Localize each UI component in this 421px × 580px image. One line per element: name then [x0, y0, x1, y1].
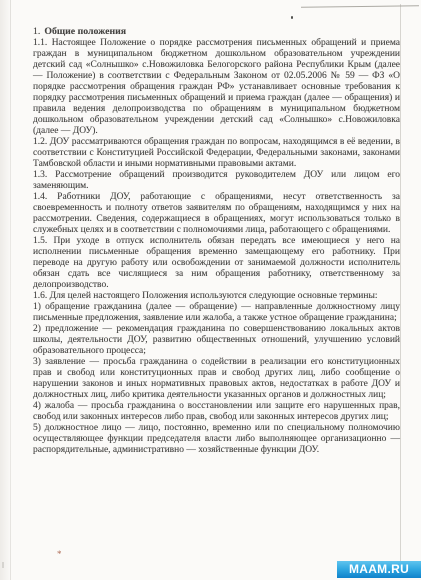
scan-page-edge [400, 4, 401, 566]
paragraph: 4) жалоба — просьба гражданина о восстан… [33, 401, 400, 423]
paragraph: 1.5. При уходе в отпуск исполнитель обяз… [33, 236, 400, 291]
paragraph: 1.6. Для целей настоящего Положения испо… [33, 291, 400, 302]
document-paragraphs: 1.1. Настоящее Положение о порядке рассм… [33, 38, 400, 456]
scanned-document-page: 1.Общие положения 1.1. Настоящее Положен… [0, 0, 421, 580]
paragraph: 2) предложение — рекомендация гражданина… [33, 324, 400, 357]
document-text-block: 1.Общие положения 1.1. Настоящее Положен… [33, 26, 400, 456]
scan-artifact-line [301, 5, 419, 7]
paragraph: 5) должностное лицо — лицо, постоянно, в… [33, 423, 400, 456]
page-footnote-mark: * [57, 549, 62, 559]
paragraph: 1.2. ДОУ рассматриваются обращения гражд… [33, 137, 400, 170]
maam-ru-watermark: MAAM.RU [337, 561, 421, 578]
scan-corner-mark [2, 562, 4, 568]
section-title: Общие положения [44, 26, 126, 37]
paragraph: 1) обращение гражданина (далее — обращен… [33, 302, 400, 324]
scan-fold-line [10, 0, 11, 580]
paragraph: 1.3. Рассмотрение обращений производится… [33, 170, 400, 192]
paragraph: 1.1. Настоящее Положение о порядке рассм… [33, 38, 400, 137]
section-heading: 1.Общие положения [33, 26, 400, 37]
scan-speck [291, 16, 293, 19]
paragraph: 3) заявление — просьба гражданина о соде… [33, 357, 400, 401]
section-number: 1. [33, 26, 40, 37]
paragraph: 1.4. Работники ДОУ, работающие с обращен… [33, 192, 400, 236]
